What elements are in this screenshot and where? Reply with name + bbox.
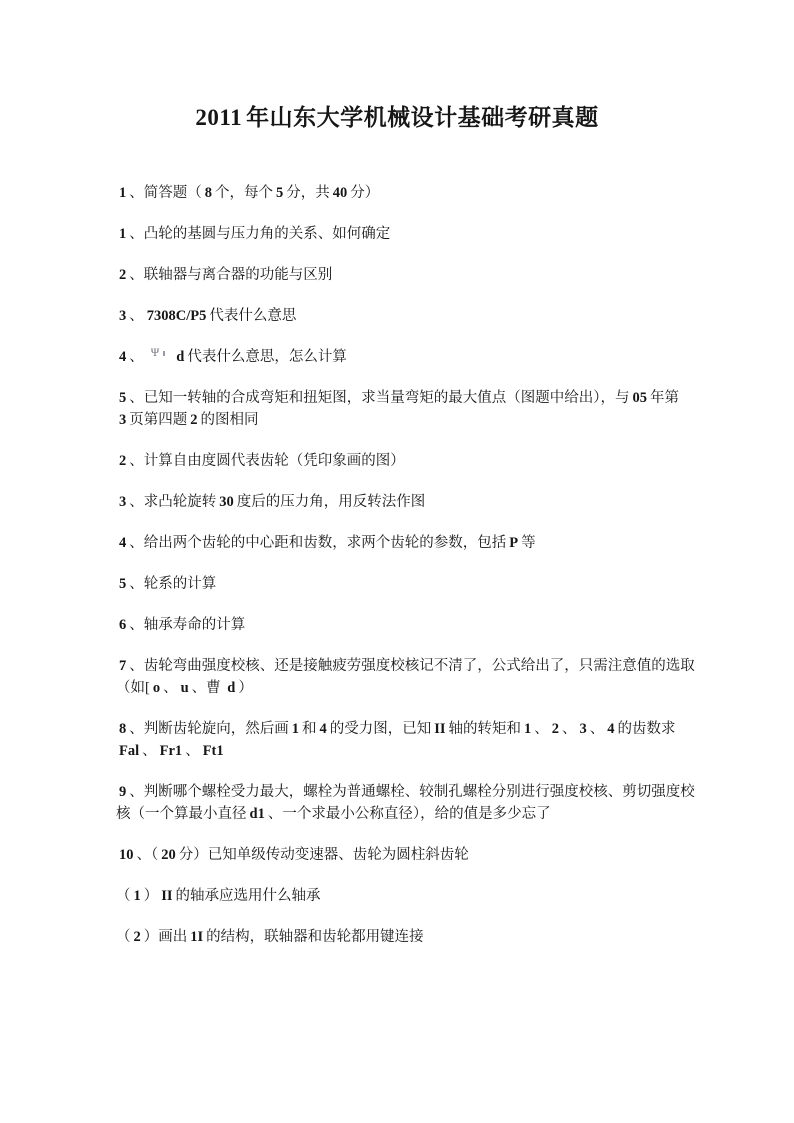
paragraph-b10-sub1: （1）II的轴承应选用什么轴承 bbox=[116, 885, 736, 907]
paragraph-line: 5、已知一转轴的合成弯矩和扭矩图，求当量弯矩的最大值点（图题中给出），与05年第 bbox=[116, 387, 736, 409]
paragraph-line: （2）画出1I的结构，联轴器和齿轮都用键连接 bbox=[116, 926, 736, 948]
paragraph-line: 1、凸轮的基圆与压力角的关系、如何确定 bbox=[116, 223, 736, 245]
paragraph-line: 8、判断齿轮旋向，然后画1和4的受力图，已知II轴的转矩和1、2、3、4的齿数求 bbox=[116, 718, 736, 740]
paragraph-line: 9、判断哪个螺栓受力最大，螺栓为普通螺栓、较制孔螺栓分别进行强度校核、剪切强度校 bbox=[116, 781, 736, 803]
paragraph-line: 6、轴承寿命的计算 bbox=[116, 614, 736, 636]
psi-symbol-icon: Ψ bbox=[151, 347, 160, 359]
paragraph-line: 1、简答题（8个，每个5分，共40分） bbox=[116, 182, 736, 204]
paragraph-q5: 5、已知一转轴的合成弯矩和扭矩图，求当量弯矩的最大值点（图题中给出），与05年第… bbox=[116, 387, 736, 431]
paragraph-line: 10、（20分）已知单级传动变速器、齿轮为圆柱斜齿轮 bbox=[116, 844, 736, 866]
paragraph-line: 核（一个算最小直径d1、一个求最小公称直径），给的值是多少忘了 bbox=[116, 803, 736, 825]
paragraph-b7: 7、齿轮弯曲强度校核、还是接触疲劳强度校核记不清了，公式给出了，只需注意值的选取… bbox=[116, 655, 736, 699]
paragraph-b6: 6、轴承寿命的计算 bbox=[116, 614, 736, 636]
paragraph-b10-sub2: （2）画出1I的结构，联轴器和齿轮都用键连接 bbox=[116, 926, 736, 948]
document-page: 2011年山东大学机械设计基础考研真题 1、简答题（8个，每个5分，共40分） … bbox=[0, 0, 794, 1123]
paragraph-line: Fal、Fr1、Ft1 bbox=[116, 740, 736, 762]
item-number: 4、 bbox=[116, 349, 144, 365]
paragraph-line: 2、计算自由度圆代表齿轮（凭印象画的图） bbox=[116, 450, 736, 472]
paragraph-q2: 2、联轴器与离合器的功能与区别 bbox=[116, 264, 736, 286]
psi-formula: Ψ bbox=[151, 348, 166, 359]
paragraph-line: （1）II的轴承应选用什么轴承 bbox=[116, 885, 736, 907]
paragraph-line: 2、联轴器与离合器的功能与区别 bbox=[116, 264, 736, 286]
paragraph-b10: 10、（20分）已知单级传动变速器、齿轮为圆柱斜齿轮 bbox=[116, 844, 736, 866]
paragraph-text: d代表什么意思，怎么计算 bbox=[173, 349, 347, 365]
paragraph-b8: 8、判断齿轮旋向，然后画1和4的受力图，已知II轴的转矩和1、2、3、4的齿数求… bbox=[116, 718, 736, 762]
document-body: 1、简答题（8个，每个5分，共40分） 1、凸轮的基圆与压力角的关系、如何确定 … bbox=[116, 182, 736, 948]
paragraph-line: 4、Ψd代表什么意思，怎么计算 bbox=[116, 346, 736, 368]
document-title: 2011年山东大学机械设计基础考研真题 bbox=[0, 103, 794, 133]
paragraph-line: （如[o、u、曹 d） bbox=[116, 677, 736, 699]
paragraph-b9: 9、判断哪个螺栓受力最大，螺栓为普通螺栓、较制孔螺栓分别进行强度校核、剪切强度校… bbox=[116, 781, 736, 825]
paragraph-q4: 4、Ψd代表什么意思，怎么计算 bbox=[116, 346, 736, 368]
paragraph-line: 7、齿轮弯曲强度校核、还是接触疲劳强度校核记不清了，公式给出了，只需注意值的选取 bbox=[116, 655, 736, 677]
paragraph-line: 3、求凸轮旋转30度后的压力角，用反转法作图 bbox=[116, 491, 736, 513]
psi-tick-icon bbox=[163, 351, 165, 356]
paragraph-b5: 5、轮系的计算 bbox=[116, 573, 736, 595]
paragraph-line: 3页第四题2的图相同 bbox=[116, 409, 736, 431]
paragraph-section-header: 1、简答题（8个，每个5分，共40分） bbox=[116, 182, 736, 204]
paragraph-line: 3、7308C/P5代表什么意思 bbox=[116, 305, 736, 327]
paragraph-q3: 3、7308C/P5代表什么意思 bbox=[116, 305, 736, 327]
paragraph-line: 4、给出两个齿轮的中心距和齿数，求两个齿轮的参数，包括P等 bbox=[116, 532, 736, 554]
paragraph-b3: 3、求凸轮旋转30度后的压力角，用反转法作图 bbox=[116, 491, 736, 513]
paragraph-b2: 2、计算自由度圆代表齿轮（凭印象画的图） bbox=[116, 450, 736, 472]
paragraph-line: 5、轮系的计算 bbox=[116, 573, 736, 595]
paragraph-b4: 4、给出两个齿轮的中心距和齿数，求两个齿轮的参数，包括P等 bbox=[116, 532, 736, 554]
paragraph-q1: 1、凸轮的基圆与压力角的关系、如何确定 bbox=[116, 223, 736, 245]
